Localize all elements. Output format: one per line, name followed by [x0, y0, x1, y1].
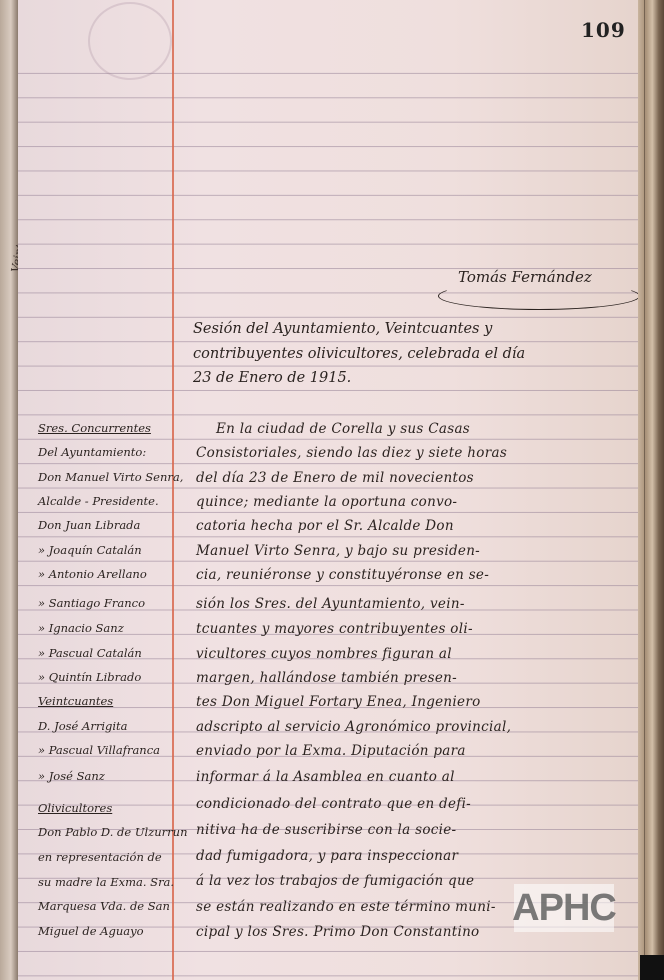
minutes-line: Consistoriales, siendo las diez y siete …	[196, 445, 507, 461]
margin-note: en representación de	[38, 850, 162, 864]
minutes-line: nitiva ha de suscribirse con la socie-	[196, 822, 456, 838]
minutes-line: vicultores cuyos nombres figuran al	[196, 646, 452, 662]
ledger-photo: Veint. 109 Tomás Fernández Sesión del Ay…	[0, 0, 664, 980]
margin-note: » Pascual Catalán	[38, 646, 142, 660]
minutes-line: condicionado del contrato que en defi-	[196, 796, 471, 812]
minutes-line: cipal y los Sres. Primo Don Constantino	[196, 924, 480, 940]
ledger-page: 109 Tomás Fernández Sesión del Ayuntamie…	[18, 0, 638, 980]
minutes-line: adscripto al servicio Agronómico provinc…	[196, 719, 511, 735]
minutes-line: catoria hecha por el Sr. Alcalde Don	[196, 518, 454, 534]
margin-note: Marquesa Vda. de San	[38, 899, 170, 913]
margin-note: D. José Arrigita	[38, 719, 128, 733]
minutes-line: dad fumigadora, y para inspeccionar	[196, 848, 458, 864]
margin-note: Miguel de Aguayo	[38, 924, 144, 938]
archive-watermark: APHC	[514, 884, 614, 932]
margin-note: » Pascual Villafranca	[38, 743, 160, 757]
minutes-line: tcuantes y mayores contribuyentes oli-	[196, 621, 473, 637]
faded-stamp	[88, 2, 172, 80]
session-heading-line: Sesión del Ayuntamiento, Veintcuantes y	[193, 321, 492, 337]
book-binding-edge	[638, 0, 664, 980]
minutes-line: tes Don Miguel Fortary Enea, Ingeniero	[196, 694, 481, 710]
margin-note: » Antonio Arellano	[38, 567, 147, 581]
page-number: 109	[581, 18, 626, 42]
margin-note: Don Juan Librada	[38, 518, 140, 532]
signature-flourish	[438, 282, 640, 310]
minutes-line: informar á la Asamblea en cuanto al	[196, 769, 455, 785]
margin-note: Don Pablo D. de Ulzurrun	[38, 825, 188, 839]
margin-note: » Ignacio Sanz	[38, 621, 124, 635]
minutes-line: margen, hallándose también presen-	[196, 670, 457, 686]
margin-note: » Santiago Franco	[38, 596, 145, 610]
minutes-line: á la vez los trabajos de fumigación que	[196, 873, 474, 889]
facing-page-edge: Veint.	[0, 0, 18, 980]
minutes-line: Manuel Virto Senra, y bajo su presiden-	[196, 543, 480, 559]
margin-note: » Quintín Librado	[38, 670, 141, 684]
session-heading-line: contribuyentes olivicultores, celebrada …	[193, 346, 525, 362]
margin-note: » José Sanz	[38, 769, 105, 783]
minutes-line: cia, reuniéronse y constituyéronse en se…	[196, 567, 489, 583]
margin-note: Veintcuantes	[38, 694, 113, 708]
margin-note: Don Manuel Virto Senra,	[38, 470, 183, 484]
minutes-line: del día 23 de Enero de mil novecientos	[196, 470, 474, 486]
minutes-line: quince; mediante la oportuna convo-	[196, 494, 457, 510]
minutes-line: enviado por la Exma. Diputación para	[196, 743, 466, 759]
margin-note: Olivicultores	[38, 801, 112, 815]
margin-note: » Joaquín Catalán	[38, 543, 142, 557]
margin-note: su madre la Exma. Sra.	[38, 875, 174, 889]
margin-note: Alcalde - Presidente.	[38, 494, 159, 508]
margin-note: Sres. Concurrentes	[38, 421, 151, 435]
minutes-line: En la ciudad de Corella y sus Casas	[216, 421, 470, 437]
minutes-line: sión los Sres. del Ayuntamiento, vein-	[196, 596, 465, 612]
session-heading-line: 23 de Enero de 1915.	[193, 370, 351, 386]
margin-note: Del Ayuntamiento:	[38, 445, 146, 459]
minutes-line: se están realizando en este término muni…	[196, 899, 496, 915]
corner-shadow	[640, 955, 664, 980]
